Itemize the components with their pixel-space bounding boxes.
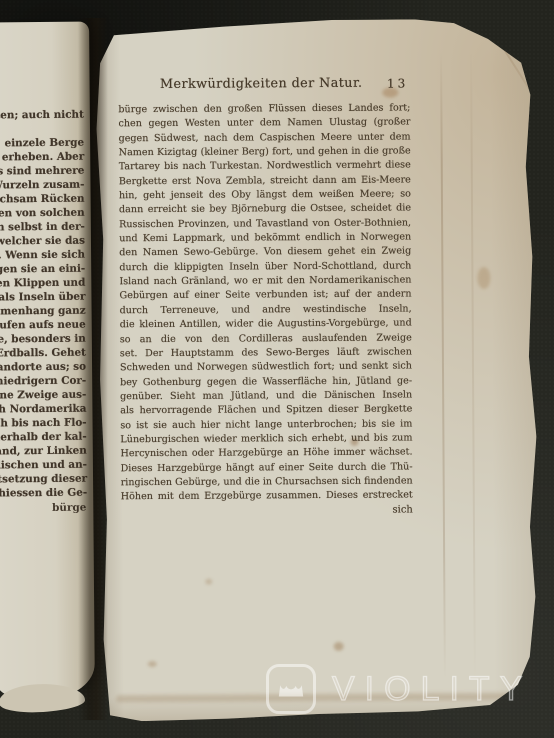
body-text-line: die kleinen Antillen, wider die Augustin… — [120, 317, 412, 333]
body-text-line: den Namen Sewo-Gebürge. Von diesem gehet… — [119, 245, 411, 261]
left-text-line: etten von solchen — [0, 206, 85, 221]
left-page-catchword: bürge — [52, 502, 86, 514]
left-text-line: steigen sie an eini- — [0, 262, 85, 277]
left-text-line: nte. Wenn sie sich — [0, 248, 85, 263]
violity-watermark: VIOLITY — [266, 664, 532, 714]
foxing-stain — [477, 267, 490, 289]
foxing-stain — [334, 642, 344, 651]
page-crease — [470, 51, 476, 679]
page-content: Merkwürdigkeiten der Natur. 13 bürge zwi… — [118, 75, 413, 516]
left-page: sten; auch nicht einzele Bergeer erheben… — [0, 22, 95, 699]
page-crease — [440, 51, 446, 679]
left-text-line: ufen selbst in der- — [0, 220, 85, 235]
watermark-text: VIOLITY — [332, 664, 532, 714]
left-text-line: e schiessen die Ge- — [0, 486, 87, 501]
book-photo: sten; auch nicht einzele Bergeer erheben… — [0, 0, 554, 738]
left-text-line — [0, 122, 84, 137]
body-text-line: Gebürgen auf einer Seite verbunden ist; … — [119, 288, 411, 304]
left-text-line: hiedene Zweige aus- — [0, 388, 86, 403]
body-text-line: chen gegen Westen unter dem Namen Ulusta… — [118, 116, 410, 132]
crown-icon — [266, 664, 316, 714]
left-text-line: d nach Nordamerika — [0, 402, 86, 417]
body-text: bürge zwischen den großen Flüssen dieses… — [118, 101, 412, 504]
running-title: Merkwürdigkeiten der Natur. — [118, 75, 410, 92]
left-text-line: estlich bis nach Flo- — [0, 416, 87, 431]
left-text-line: n laufen aufs neue — [0, 318, 86, 333]
left-text-line: in welcher sie das — [0, 234, 85, 249]
left-text-line: innerhalb der kal- — [0, 430, 87, 445]
body-text-line: dann erreicht sie bey Björneburg die Ost… — [119, 202, 411, 218]
foxing-stain — [205, 579, 212, 585]
left-text-line: bilden Klippen und — [0, 276, 85, 291]
left-page-text: sten; auch nicht einzele Bergeer erheben… — [0, 108, 87, 501]
left-text-line: des Erdballs. Gehet — [0, 346, 86, 361]
left-text-line: inie, besonders in — [0, 332, 86, 347]
body-text-line: Hercynischen oder Harzgebürge an Höhe im… — [120, 446, 412, 462]
left-text-line: einzele Berge — [0, 136, 84, 151]
foxing-stain — [148, 661, 157, 667]
left-text-line: gleichsam Rücken — [0, 192, 85, 207]
body-text-line: als hervorragende Flächen und Spitzen di… — [120, 403, 412, 419]
page-header: Merkwürdigkeiten der Natur. 13 — [118, 75, 410, 103]
left-text-line: nland, zur Linken — [0, 444, 87, 459]
left-text-line: en als Inseln über — [0, 290, 86, 305]
body-text-line: bey Gothenburg gegen die Wasserfläche hi… — [120, 374, 412, 390]
catchword: sich — [121, 504, 413, 517]
left-text-line: Curilischen und an- — [0, 458, 87, 473]
left-text-line: usammenhang ganz — [0, 304, 86, 319]
left-text-line: sten; auch nicht — [0, 108, 84, 123]
left-text-line: Standorte aus; so — [0, 360, 86, 375]
page-number: 13 — [387, 76, 408, 90]
left-text-line: twa niedrigern Cor- — [0, 374, 86, 389]
body-text-line: Schweden und Norwegen südwestlich fort; … — [120, 360, 412, 376]
body-text-line: so an die von den Cordilleras auslaufend… — [120, 331, 412, 347]
right-page: Merkwürdigkeiten der Natur. 13 bürge zwi… — [84, 17, 554, 726]
left-text-line: ie Fortsetzung dieser — [0, 472, 87, 487]
body-text-line: Höhen mit dem Erzgebürge zusammen. Diese… — [121, 489, 413, 505]
left-text-line: Wurzeln zusam- — [0, 178, 85, 193]
body-text-line: Tartarey bis nach Turkestan. Nordwestlic… — [119, 159, 411, 175]
left-text-line: er erheben. Aber — [0, 150, 84, 165]
left-text-line: ils sind mehrere — [0, 164, 84, 179]
corner-fold-line — [484, 18, 537, 100]
